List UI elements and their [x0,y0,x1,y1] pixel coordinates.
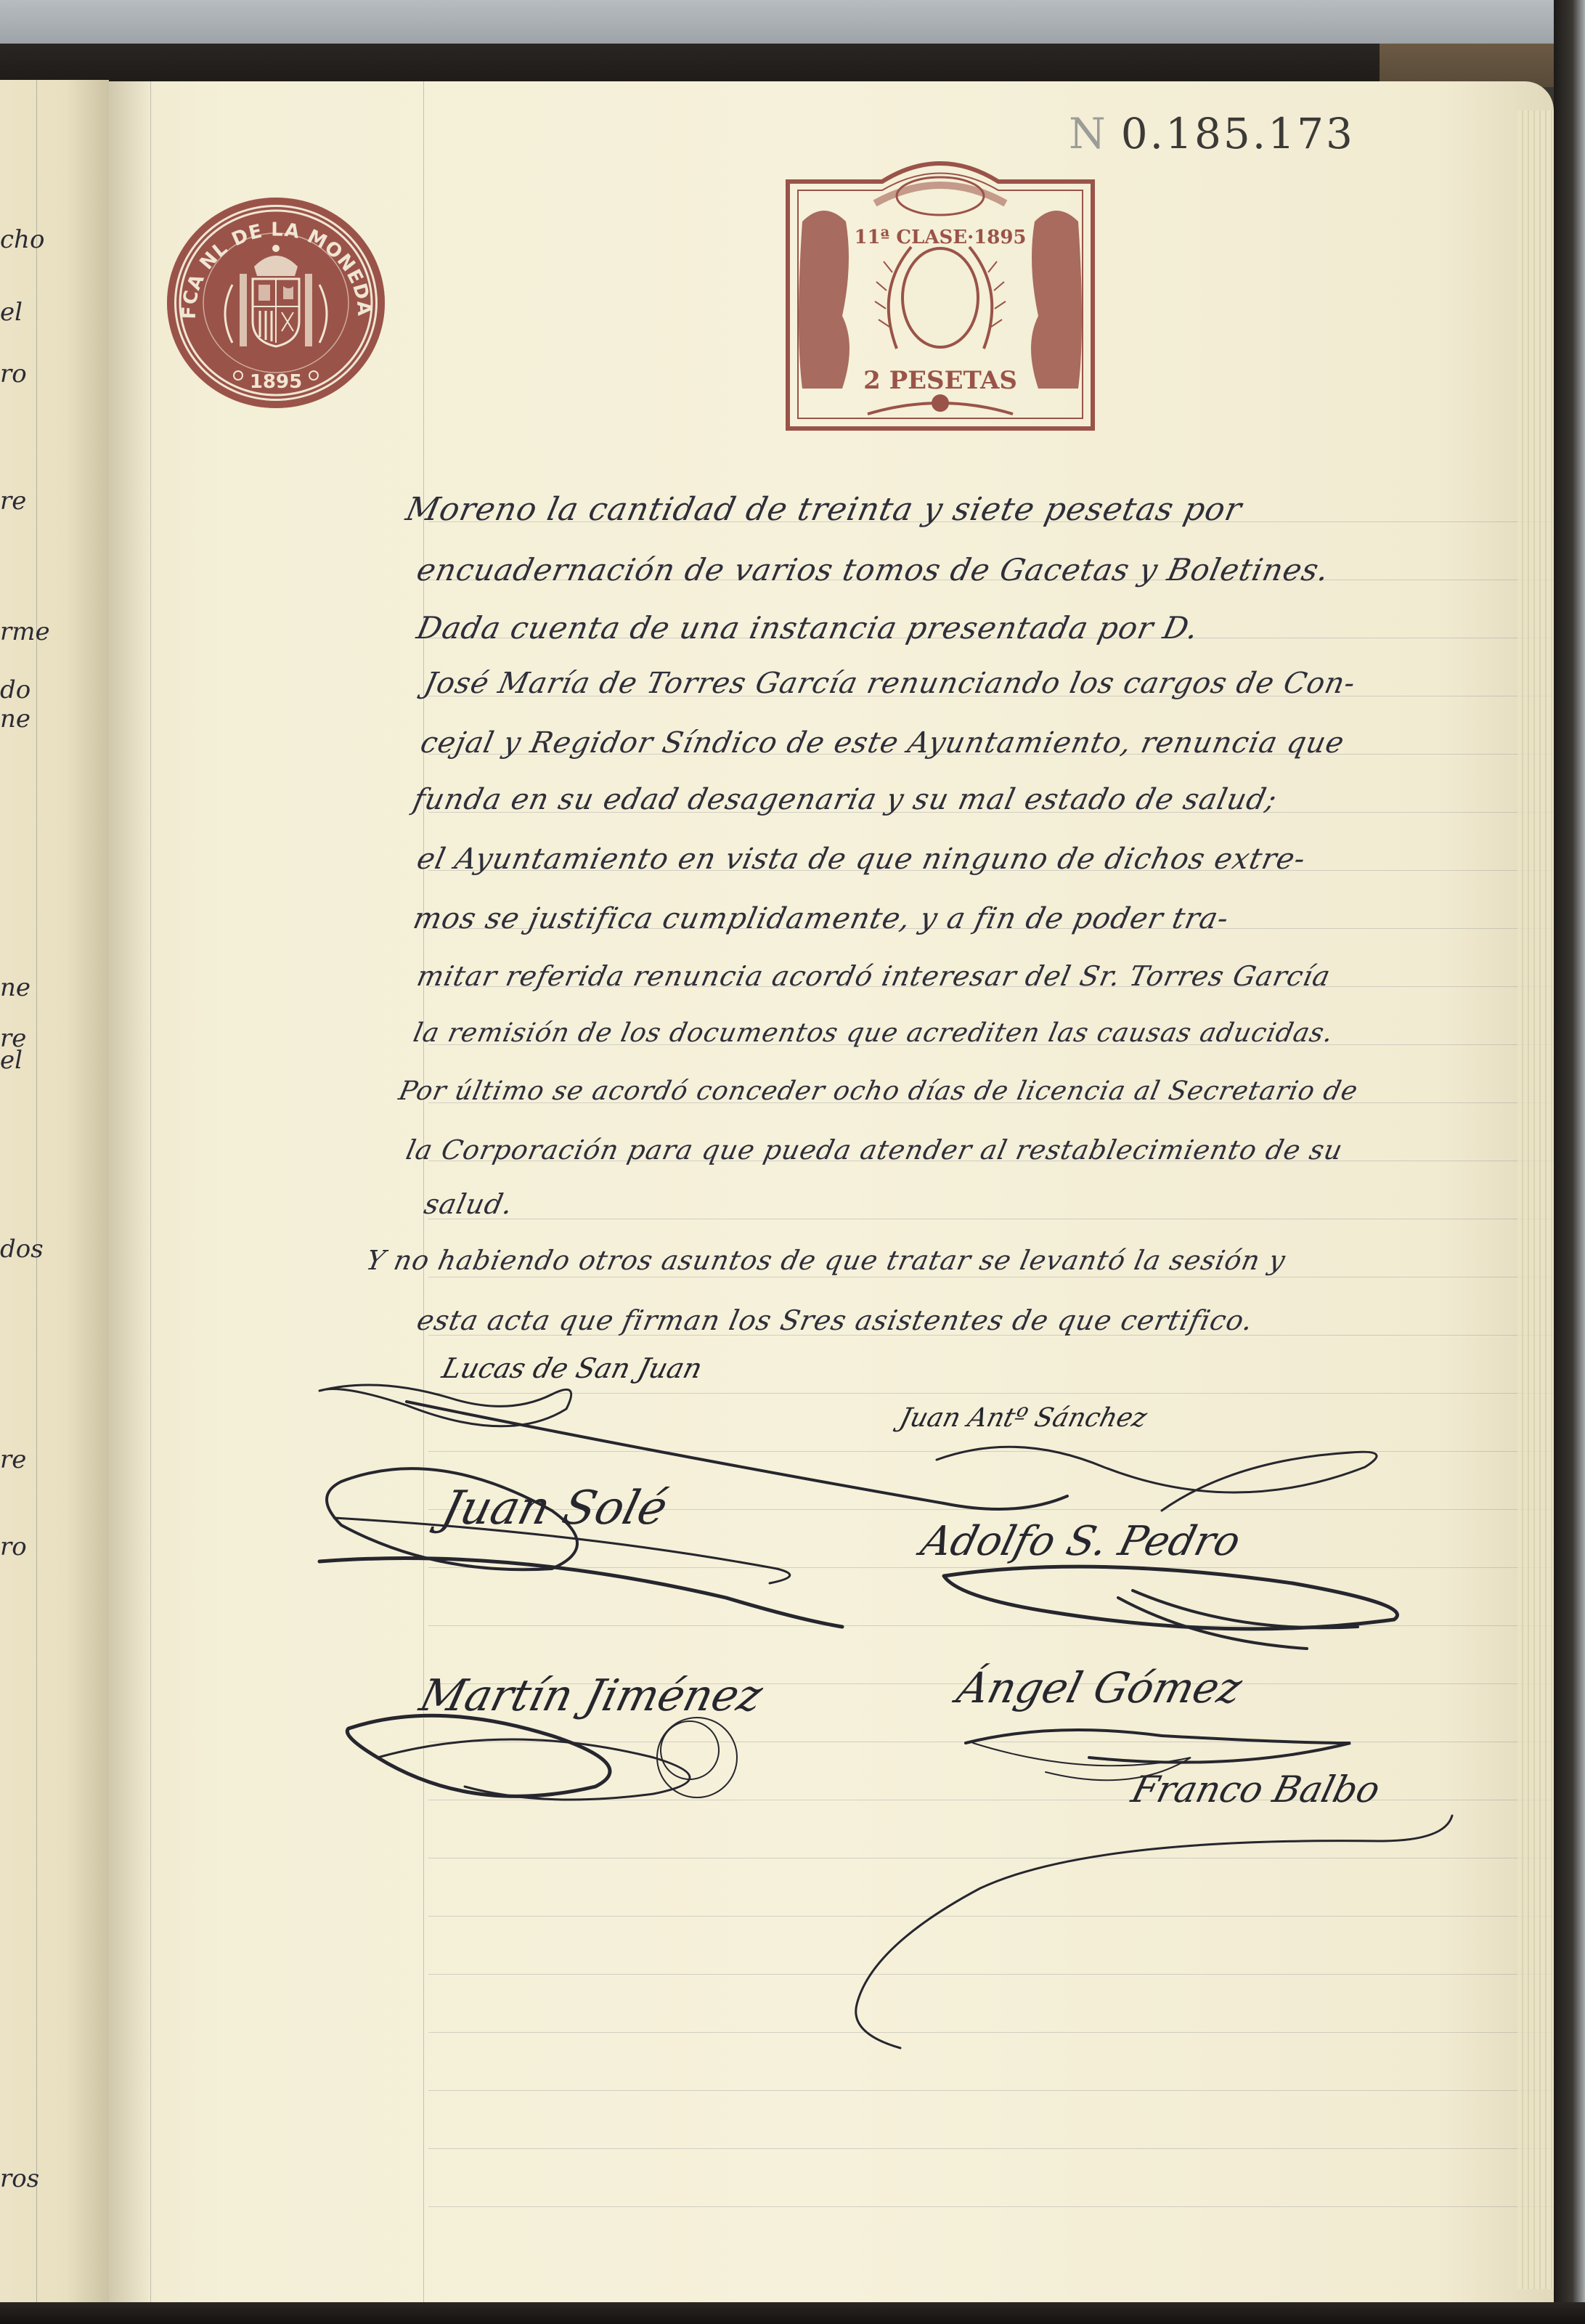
body-line-1: Moreno la cantidad de treinta y siete pe… [403,491,1246,528]
body-line-6: funda en su edad desagenaria y su mal es… [410,783,1280,816]
ruled-line [428,1277,1554,1277]
ruled-line [428,1567,1554,1568]
signature-1: Lucas de San Juan [439,1352,706,1384]
left-page-fragment: rme [0,617,50,646]
signature-7: Franco Balbo [1128,1768,1385,1811]
stamp-engraving-icon: 11ª CLASE·1895 2 PESETAS [773,153,1107,443]
left-page-fragment: el [0,1046,23,1075]
ruled-line [428,2090,1554,2091]
ruled-line [428,1219,1554,1219]
left-page-fragment: ro [0,359,27,389]
revenue-stamp: 11ª CLASE·1895 2 PESETAS [773,153,1107,443]
ruled-line [428,2148,1554,2149]
text-margin-line [423,81,424,2305]
signature-3: Juan Solé [436,1482,673,1535]
body-line-8: mos se justifica cumplidamente, y a fin … [410,902,1232,935]
body-line-14: Y no habiendo otros asuntos de que trata… [363,1245,1288,1276]
signature-5: Martín Jiménez [415,1670,767,1721]
left-page-fragment: dos [0,1235,44,1264]
signature-6: Ángel Gómez [953,1663,1247,1712]
left-page-fragment: ros [0,2164,39,2193]
body-line-7: el Ayuntamiento en vista de que ninguno … [414,842,1308,876]
left-page-fragment: do [0,675,30,704]
serial-prefix: N [1069,109,1108,158]
ruled-line [428,1858,1554,1858]
ruled-line [428,1800,1554,1800]
stamp-value: 2 PESETAS [863,366,1017,395]
ruled-line [428,2032,1554,2033]
left-page-fragment: re [0,1445,26,1474]
ruled-line [428,1393,1554,1394]
book-bottom-edge [0,2302,1585,2324]
serial-number: N0.185.173 [1069,109,1355,158]
body-line-4: José María de Torres García renunciando … [421,667,1358,700]
scanner-frame [1554,0,1585,2324]
serial-value: 0.185.173 [1121,109,1355,158]
body-line-11: Por último se acordó conceder ocho días … [396,1076,1361,1106]
left-page: cho el ro re rme do ne ne re el dos re r… [0,80,109,2304]
body-line-5: cejal y Regidor Síndico de este Ayuntami… [417,726,1348,760]
ruled-line [428,1742,1554,1742]
outer-margin-line [150,81,151,2305]
ruled-line [428,2206,1554,2207]
left-page-fragment: ne [0,973,30,1002]
left-page-fragment: ne [0,704,30,734]
left-page-fragment: el [0,298,23,327]
body-line-9: mitar referida renuncia acordó interesar… [414,960,1333,992]
page-edge-stack [1517,110,1554,2289]
stamp-class-line: 11ª CLASE·1895 [854,227,1026,248]
ruled-line [428,1974,1554,1975]
signature-2: Juan Antº Sánchez [897,1403,1150,1433]
left-page-margin-line [36,80,37,2304]
coat-of-arms-icon: FCA NL DE LA MONEDA Y TIMBRE 1895 [167,198,385,408]
body-line-3: Dada cuenta de una instancia presentada … [414,610,1202,646]
gutter-shadow [109,81,152,2305]
fnmt-seal: FCA NL DE LA MONEDA Y TIMBRE 1895 [167,198,385,408]
left-page-fragment: re [0,487,26,516]
left-page-fragment: cho [0,225,44,254]
ruled-line [428,1916,1554,1917]
body-line-2: encuadernación de varios tomos de Gaceta… [414,552,1333,588]
book-cover-edge [0,44,1585,87]
ruled-line [428,1451,1554,1452]
body-line-15: esta acta que firman los Sres asistentes… [414,1304,1256,1336]
body-line-12: la Corporación para que pueda atender al… [403,1134,1345,1166]
body-line-10: la remisión de los documentos que acredi… [411,1018,1337,1048]
ruled-line [428,1625,1554,1626]
left-page-fragment: ro [0,1532,27,1561]
body-line-13: salud. [421,1188,516,1220]
seal-year: 1895 [250,371,302,393]
signature-4: Adolfo S. Pedro [916,1518,1245,1565]
